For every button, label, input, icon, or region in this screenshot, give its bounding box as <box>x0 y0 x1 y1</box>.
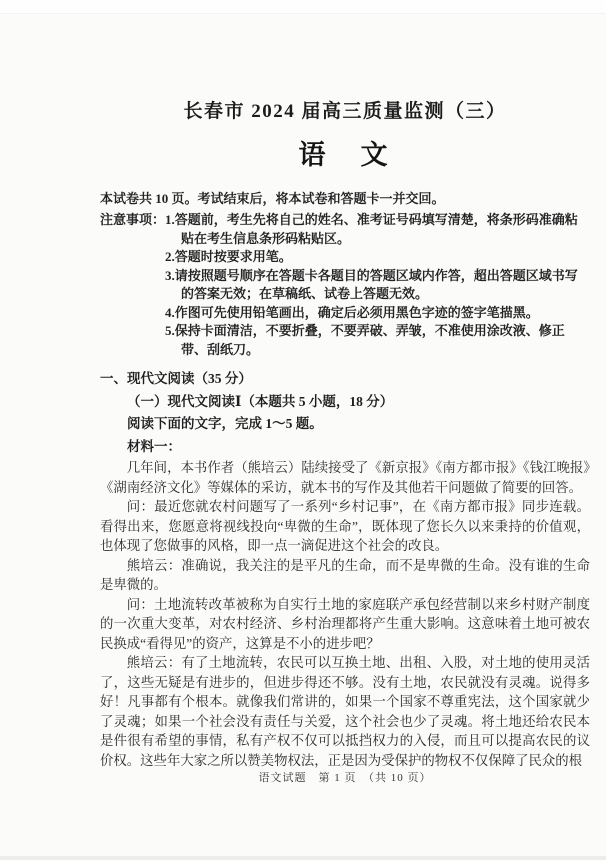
scan-bottom-edge <box>0 856 606 860</box>
material-paragraph: 问：土地流转改革被称为自实行土地的家庭联产承包经营制以来乡村财产制度的一次重大变… <box>100 595 590 654</box>
section-heading-part1: 一、现代文阅读（35 分） <box>100 368 590 391</box>
material-paragraph: 几年间，本书作者（熊培云）陆续接受了《新京报》《南方都市报》《钱江晚报》《湖南经… <box>100 458 590 497</box>
material-paragraph: 问：最近您就农村问题写了一系列“乡村记事”，在《南方都市报》同步连载。看得出来，… <box>100 497 590 556</box>
material-paragraph: 熊培云：有了土地流转，农民可以互换土地、出租、入股，对土地的使用灵活了，这些无疑… <box>100 653 590 770</box>
notice-item-3: 3.请按照题号顺序在答题卡各题目的答题区域内作答，超出答题区域书写的答案无效；在… <box>165 267 590 304</box>
exam-paper-page: 长春市 2024 届高三质量监测（三） 语 文 本试卷共 10 页。考试结束后，… <box>0 0 606 860</box>
section-subheading-reading1: （一）现代文阅读Ⅰ（本题共 5 小题，18 分） <box>100 391 590 414</box>
exam-intro-line: 本试卷共 10 页。考试结束后，将本试卷和答题卡一并交回。 <box>100 190 590 208</box>
notice-item-1: 1.答题前，考生先将自己的姓名、准考证号码填写清楚，将条形码准确粘贴在考生信息条… <box>165 211 590 248</box>
notice-item-5: 5.保持卡面清洁，不要折叠，不要弄破、弄皱，不准使用涂改液、修正带、刮纸刀。 <box>165 322 590 359</box>
material-paragraph: 熊培云：准确说，我关注的是平凡的生命，而不是卑微的生命。没有谁的生命是卑微的。 <box>100 556 590 595</box>
notice-item-4: 4.作图可先使用铅笔画出，确定后必须用黑色字迹的签字笔描黑。 <box>165 304 590 323</box>
exam-notice-block: 注意事项： 1.答题前，考生先将自己的姓名、准考证号码填写清楚，将条形码准确粘贴… <box>100 211 590 359</box>
notice-items: 1.答题前，考生先将自己的姓名、准考证号码填写清楚，将条形码准确粘贴在考生信息条… <box>165 211 590 359</box>
exam-title: 长春市 2024 届高三质量监测（三） <box>100 96 590 123</box>
notice-label: 注意事项： <box>100 211 165 359</box>
reading-instruction: 阅读下面的文字，完成 1～5 题。 <box>100 413 590 436</box>
page-footer: 语文试题 第 1 页 （共 10 页） <box>100 769 590 785</box>
subject-title: 语 文 <box>100 133 590 172</box>
material-one-text: 几年间，本书作者（熊培云）陆续接受了《新京报》《南方都市报》《钱江晚报》《湖南经… <box>100 458 590 770</box>
material-one-label: 材料一： <box>100 436 590 459</box>
notice-item-2: 2.答题时按要求用笔。 <box>165 248 590 267</box>
